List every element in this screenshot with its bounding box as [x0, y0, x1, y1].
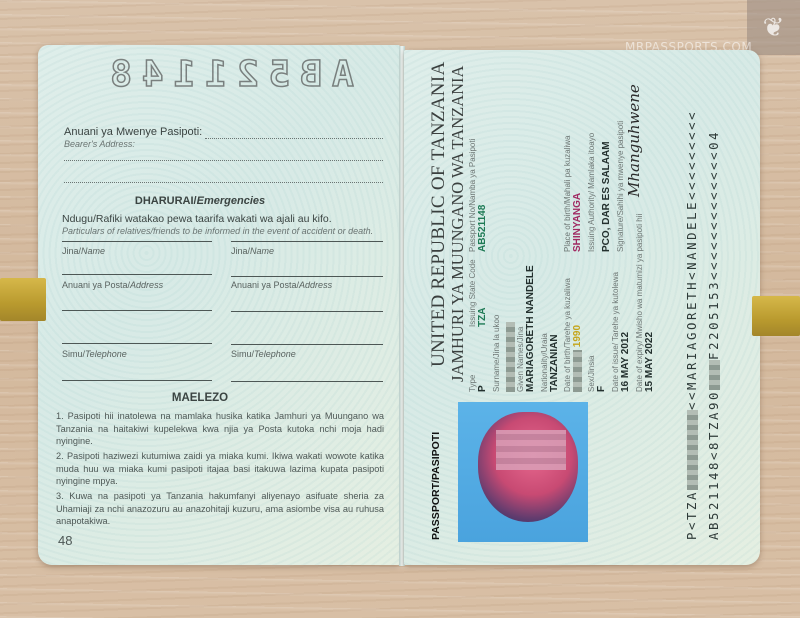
- contact1-top-rule: [62, 241, 212, 242]
- expiry-date-value: 15 MAY 2022: [644, 332, 655, 392]
- issuing-authority-value: PCO, DAR ES SALAAM: [601, 141, 612, 252]
- address-line-3[interactable]: [64, 182, 383, 183]
- note-3: 3. Kuwa na pasipoti ya Tanzania hakumfan…: [56, 490, 384, 528]
- passport-number-label: Passport No/Namba ya Pasipoti: [468, 139, 477, 252]
- document-type-label: PASSPORT/PASIPOTI: [430, 432, 442, 540]
- type-label: Type: [468, 375, 477, 392]
- dob-label: Date of birth/Tarehe ya kuzaliwa: [563, 278, 572, 392]
- contact2-address-label: Anuani ya Posta/Address: [231, 280, 332, 290]
- country-title-sw: JAMHURI YA MUUNGANO WA TANZANIA: [448, 66, 468, 382]
- contact2-telephone-label: Simu/Telephone: [231, 349, 296, 359]
- passport-number-value: AB521148: [477, 205, 488, 252]
- sex-value: F: [596, 386, 607, 392]
- address-label: Anuani ya Mwenye Pasipoti:: [64, 126, 202, 138]
- contact1-name-label: Jina/Name: [62, 246, 105, 256]
- given-names-label: Given Names/Jina: [516, 327, 525, 392]
- contact1-telephone-field[interactable]: [62, 380, 212, 381]
- holder-signature: Mhanguhwene: [625, 84, 643, 197]
- contact2-address-field-2[interactable]: [231, 344, 383, 345]
- signature-label: Signature/Sahihi ya mwenye pasipoti: [616, 121, 625, 252]
- watermark-logo-icon: ❦: [747, 0, 800, 55]
- dob-value: 1990: [572, 325, 583, 392]
- expiry-date-label: Date of expiry/ Mwisho wa matumizi ya pa…: [635, 214, 644, 392]
- contact1-address-field-2[interactable]: [62, 343, 212, 344]
- contact2-name-field[interactable]: [231, 276, 383, 277]
- place-of-birth-label: Place of birth/Mahali pa kuzaliwa: [563, 135, 572, 252]
- mrz-line-2: AB521148<8TZA90F2205153<<<<<<<<<<<<<04: [707, 130, 721, 540]
- contact1-telephone-label: Simu/Telephone: [62, 349, 127, 359]
- type-value: P: [477, 385, 488, 392]
- mrz-line-1: P<TZA<<MARIAGORETH<NANDELE<<<<<<<<<: [685, 110, 699, 540]
- notes-heading: MAELEZO: [0, 392, 400, 404]
- holder-photo: [458, 402, 588, 542]
- contact2-top-rule: [231, 241, 383, 242]
- issue-date-value: 16 MAY 2012: [620, 332, 631, 392]
- note-1: 1. Pasipoti hii inatolewa na mamlaka hus…: [56, 410, 384, 448]
- binder-clip-left: [0, 278, 46, 321]
- note-2: 2. Pasipoti haziwezi kutumiwa zaidi ya m…: [56, 450, 384, 488]
- issue-date-label: Date of issue/ Tarehe ya kutolewa: [611, 272, 620, 392]
- contact2-name-label: Jina/Name: [231, 246, 274, 256]
- surname-label: Surname/Jina la ukoo: [492, 315, 501, 392]
- emergencies-heading: DHARURAI/Emergencies: [0, 195, 400, 207]
- binder-clip-right: [752, 296, 800, 336]
- address-sublabel: Bearer's Address:: [64, 139, 135, 149]
- place-of-birth-value: SHINYANGA: [572, 193, 583, 252]
- contact2-address-field[interactable]: [231, 311, 383, 312]
- emergencies-instruction: Ndugu/Rafiki watakao pewa taarifa wakati…: [62, 213, 332, 225]
- photo-redaction: [496, 430, 566, 470]
- biodata-block: PASSPORT/PASIPOTI UNITED REPUBLIC OF TAN…: [420, 72, 750, 552]
- issuing-state-label: Issuing State Code: [468, 259, 477, 327]
- sex-label: Sex/Jinsia: [587, 356, 596, 392]
- nationality-label: Nationality/Uraia: [540, 333, 549, 392]
- contact1-address-label: Anuani ya Posta/Address: [62, 280, 163, 290]
- address-line-1[interactable]: [205, 138, 383, 139]
- issuing-authority-label: Issuing Authority/ Mamlaka itoayo: [587, 133, 596, 252]
- contact1-address-field[interactable]: [62, 310, 212, 311]
- given-names-value: MARIAGORETH NANDELE: [525, 265, 536, 392]
- perforated-passport-number: AB521148: [92, 55, 362, 95]
- page-number: 48: [58, 533, 72, 548]
- address-line-2[interactable]: [64, 160, 383, 161]
- contact2-telephone-field[interactable]: [231, 381, 383, 382]
- nationality-value: TANZANIAN: [549, 334, 560, 392]
- country-title-en: UNITED REPUBLIC OF TANZANIA: [428, 62, 450, 367]
- contact1-name-field[interactable]: [62, 274, 212, 275]
- emergencies-instruction-en: Particulars of relatives/friends to be i…: [62, 226, 373, 236]
- issuing-state-value: TZA: [477, 308, 488, 327]
